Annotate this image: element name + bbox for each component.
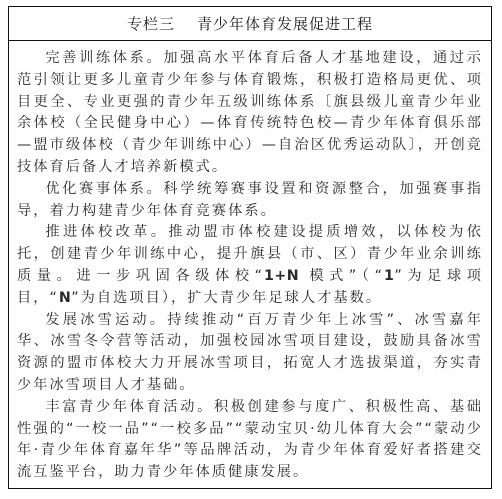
paragraph-heading: 发展冰雪运动。	[45, 312, 167, 328]
paragraph-text: 加强高水平体育后备人才基地建设，通过示范引领让更多儿童青少年参与体育锻炼，积极打…	[17, 50, 483, 175]
column-label: 专栏三	[127, 13, 175, 34]
paragraph-ice-snow: 发展冰雪运动。持续推动“百万青少年上冰雪”、冰雪嘉年华、冰雪冬令营等活动，加强校…	[17, 310, 483, 397]
paragraph-youth-activities: 丰富青少年体育活动。积极创建参与度广、积极性高、基础性强的“一校一品”“一校多品…	[17, 397, 483, 484]
one-label: 1	[384, 268, 394, 284]
paragraph-heading: 完善训练体系。	[45, 50, 163, 66]
paragraph-sports-school-reform: 推进体校改革。推动盟市体校建设提质增效，以体校为依托，创建青少年训练中心，提升旗…	[17, 222, 483, 309]
paragraph-heading: 推进体校改革。	[45, 224, 168, 240]
column-box: 专栏三 青少年体育发展促进工程 完善训练体系。加强高水平体育后备人才基地建设，通…	[8, 6, 492, 489]
n-label: N	[59, 290, 71, 306]
paragraph-text: ”为自选项目），扩大青少年足球人才基数。	[71, 290, 382, 306]
paragraph-text: 模式”（“	[299, 268, 384, 284]
column-body: 完善训练体系。加强高水平体育后备人才基地建设，通过示范引领让更多儿童青少年参与体…	[9, 41, 491, 484]
paragraph-competition-system: 优化赛事体系。科学统筹赛事设置和资源整合，加强赛事指导，着力构建青少年体育竞赛体…	[17, 179, 483, 223]
column-header: 专栏三 青少年体育发展促进工程	[9, 7, 491, 41]
mode-label: 1+N	[264, 268, 299, 284]
column-title: 青少年体育发展促进工程	[197, 13, 373, 34]
paragraph-training-system: 完善训练体系。加强高水平体育后备人才基地建设，通过示范引领让更多儿童青少年参与体…	[17, 48, 483, 179]
paragraph-heading: 优化赛事体系。	[45, 181, 163, 197]
paragraph-heading: 丰富青少年体育活动。	[45, 399, 214, 415]
